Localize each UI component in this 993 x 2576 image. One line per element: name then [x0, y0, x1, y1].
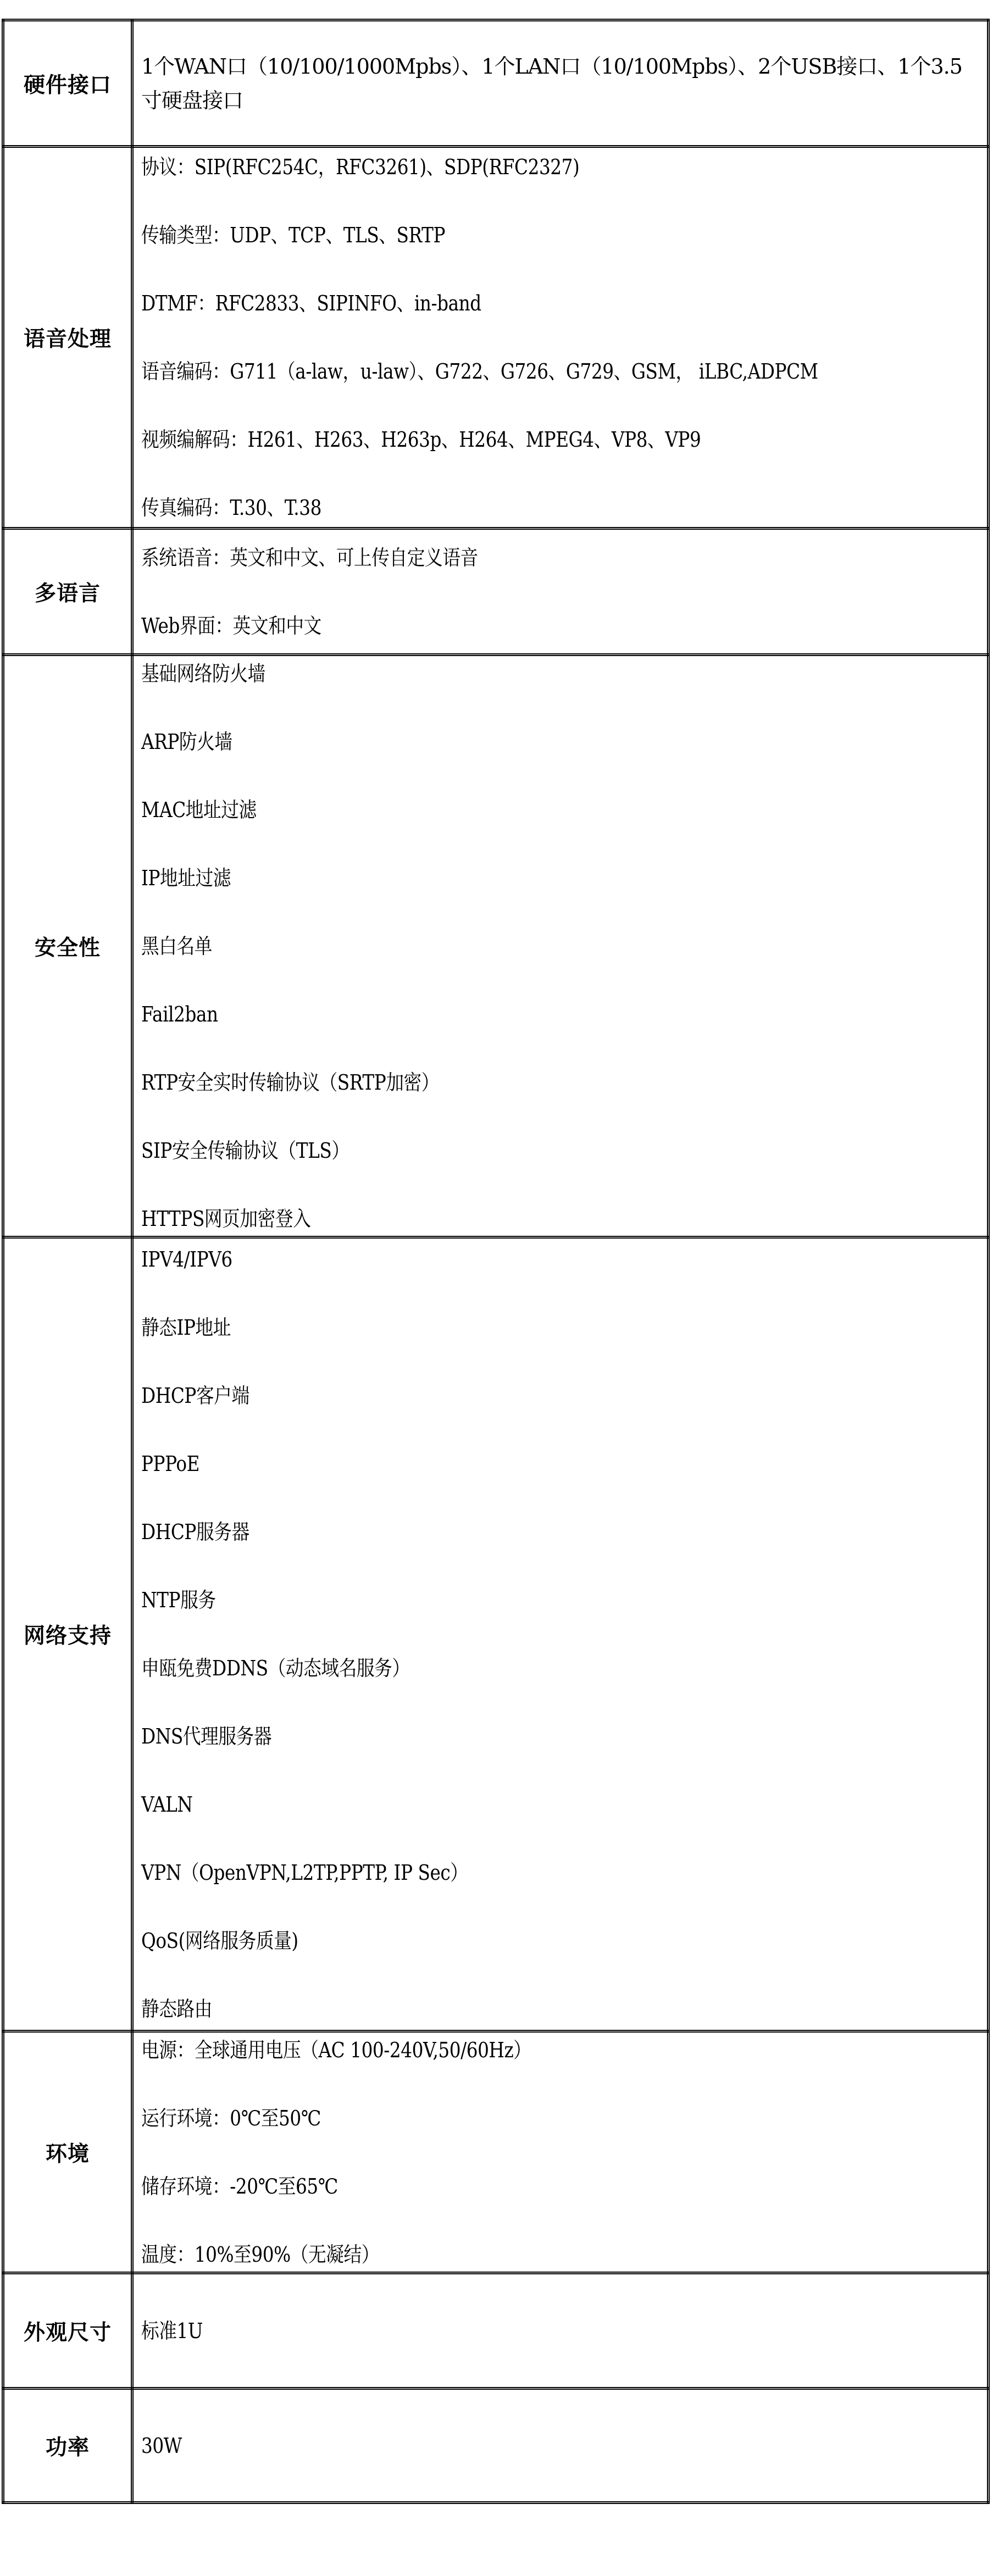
spec-line: 系统语音：英文和中文、可上传自定义语音: [141, 543, 864, 572]
spec-value: 电源：全球通用电压（AC 100-240V,50/60Hz） 运行环境：0℃至5…: [132, 2031, 989, 2273]
spec-line: 传真编码：T.30、T.38: [141, 493, 864, 522]
spec-row-network-support: 网络支持 IPV4/IPV6 静态IP地址 DHCP客户端 PPPoE DHCP…: [3, 1237, 989, 2031]
spec-row-power: 功率 30W: [3, 2389, 989, 2503]
spec-table: 硬件接口 1个WAN口（10/100/1000Mpbs）、1个LAN口（10/1…: [2, 19, 990, 2504]
spec-line: 标准1U: [141, 2317, 864, 2345]
spec-label: 硬件接口: [3, 20, 132, 147]
spec-line: 语音编码：G711（a-law，u-law）、G722、G726、G729、GS…: [141, 357, 864, 386]
spec-line: 黑白名单: [141, 932, 864, 961]
spec-label: 语音处理: [3, 147, 132, 529]
spec-line: DHCP客户端: [141, 1381, 864, 1410]
spec-line: 电源：全球通用电压（AC 100-240V,50/60Hz）: [141, 2036, 864, 2064]
spec-line: 静态IP地址: [141, 1313, 864, 1342]
spec-line: 30W: [141, 2431, 864, 2460]
spec-label: 外观尺寸: [3, 2273, 132, 2389]
spec-value: 协议：SIP(RFC254C，RFC3261)、SDP(RFC2327) 传输类…: [132, 147, 989, 529]
spec-line: IPV4/IPV6: [141, 1245, 864, 1274]
spec-line: VPN（OpenVPN,L2TP,PPTP, IP Sec）: [141, 1858, 864, 1887]
spec-line: 静态路由: [141, 1995, 864, 2023]
spec-line: Fail2ban: [141, 1000, 864, 1029]
spec-line: 温度：10%至90%（无凝结）: [141, 2240, 864, 2269]
spec-row-dimensions: 外观尺寸 标准1U: [3, 2273, 989, 2389]
spec-value: 标准1U: [132, 2273, 989, 2389]
spec-row-environment: 环境 电源：全球通用电压（AC 100-240V,50/60Hz） 运行环境：0…: [3, 2031, 989, 2273]
spec-label: 功率: [3, 2389, 132, 2503]
spec-line: HTTPS网页加密登入: [141, 1204, 864, 1233]
spec-label: 环境: [3, 2031, 132, 2273]
spec-line: ARP防火墙: [141, 728, 864, 756]
spec-value: 基础网络防火墙 ARP防火墙 MAC地址过滤 IP地址过滤 黑白名单 Fail2…: [132, 655, 989, 1237]
spec-row-voice-processing: 语音处理 协议：SIP(RFC254C，RFC3261)、SDP(RFC2327…: [3, 147, 989, 529]
spec-row-security: 安全性 基础网络防火墙 ARP防火墙 MAC地址过滤 IP地址过滤 黑白名单 F…: [3, 655, 989, 1237]
spec-line: 传输类型：UDP、TCP、TLS、SRTP: [141, 221, 864, 249]
spec-line: PPPoE: [141, 1450, 864, 1478]
spec-row-multi-language: 多语言 系统语音：英文和中文、可上传自定义语音 Web界面：英文和中文: [3, 529, 989, 655]
spec-row-hardware-interface: 硬件接口 1个WAN口（10/100/1000Mpbs）、1个LAN口（10/1…: [3, 20, 989, 147]
spec-line: VALN: [141, 1790, 864, 1819]
spec-line: 运行环境：0℃至50℃: [141, 2104, 864, 2133]
spec-line: SIP安全传输协议（TLS）: [141, 1136, 864, 1165]
spec-line: QoS(网络服务质量): [141, 1927, 864, 1955]
spec-line: DTMF：RFC2833、SIPINFO、in-band: [141, 289, 864, 318]
spec-line: 视频编解码：H261、H263、H263p、H264、MPEG4、VP8、VP9: [141, 425, 864, 454]
spec-line: IP地址过滤: [141, 864, 864, 892]
spec-value: IPV4/IPV6 静态IP地址 DHCP客户端 PPPoE DHCP服务器 N…: [132, 1237, 989, 2031]
spec-line: MAC地址过滤: [141, 796, 864, 824]
spec-label: 网络支持: [3, 1237, 132, 2031]
spec-label: 安全性: [3, 655, 132, 1237]
spec-value: 系统语音：英文和中文、可上传自定义语音 Web界面：英文和中文: [132, 529, 989, 655]
spec-line: 申瓯免费DDNS（动态域名服务）: [141, 1654, 864, 1683]
spec-line: 储存环境：-20℃至65℃: [141, 2172, 864, 2201]
spec-value: 1个WAN口（10/100/1000Mpbs）、1个LAN口（10/100Mpb…: [132, 20, 989, 147]
spec-label: 多语言: [3, 529, 132, 655]
spec-value: 30W: [132, 2389, 989, 2503]
spec-line: DNS代理服务器: [141, 1722, 864, 1751]
spec-line: DHCP服务器: [141, 1518, 864, 1546]
spec-line: NTP服务: [141, 1586, 864, 1614]
spec-line: RTP安全实时传输协议（SRTP加密）: [141, 1068, 864, 1097]
spec-line: Web界面：英文和中文: [141, 612, 864, 640]
spec-line: 协议：SIP(RFC254C，RFC3261)、SDP(RFC2327): [141, 153, 864, 181]
spec-line: 基础网络防火墙: [141, 659, 864, 688]
spec-line: 1个WAN口（10/100/1000Mpbs）、1个LAN口（10/100Mpb…: [141, 49, 981, 118]
